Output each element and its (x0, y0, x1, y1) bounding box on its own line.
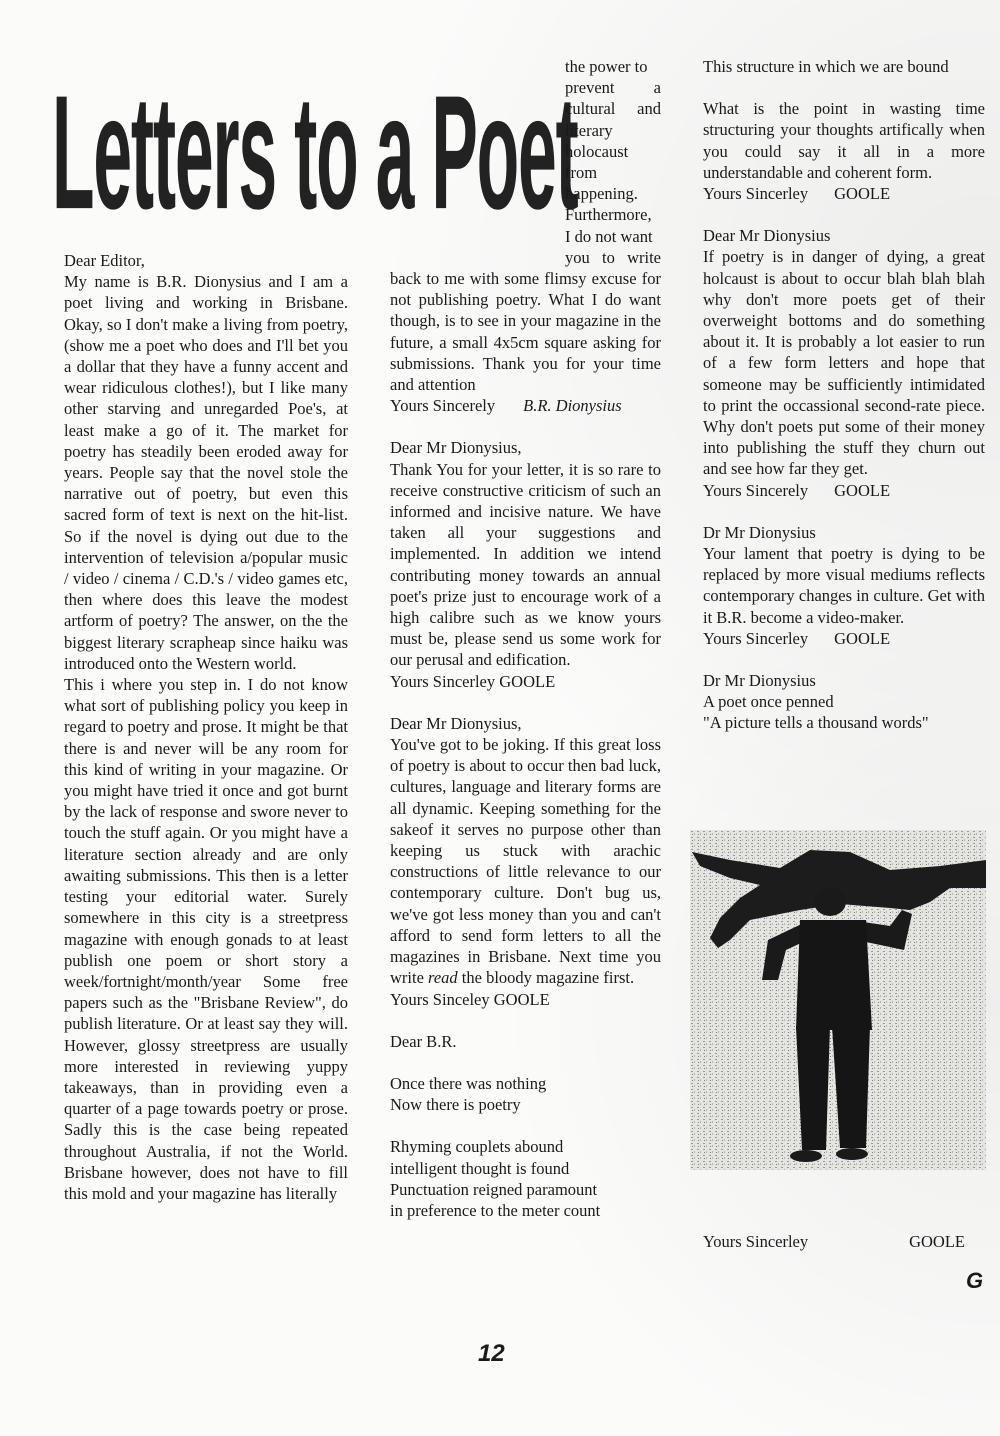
text-line: from (565, 162, 661, 183)
reply-body: Thank You for your letter, it is so rare… (390, 459, 661, 671)
letter-signoff: Yours Sincerely B.R. Dionysius (390, 395, 661, 416)
text-line: you to write (565, 247, 661, 268)
reply-salutation: Dear Mr Dionysius (703, 225, 985, 246)
text-line: Furthermore, (565, 204, 661, 225)
page-number: 12 (478, 1340, 505, 1368)
text-line: prevent a (565, 77, 661, 98)
text-line: cultural and (565, 98, 661, 119)
reply-signoff: Yours Sincerely GOOLE (703, 480, 985, 501)
reply-line: A poet once penned (703, 691, 985, 712)
column-3: This structure in which we are bound Wha… (703, 56, 985, 734)
reply-closing: Yours Sincerley (703, 628, 808, 649)
poem-line: Punctuation reigned paramount (390, 1179, 661, 1200)
final-signoff: Yours Sincerley GOOLE (703, 1232, 965, 1252)
reply-text: You've got to be joking. If this great l… (390, 735, 661, 987)
reply-signature: GOOLE (834, 628, 890, 649)
reply-body: You've got to be joking. If this great l… (390, 734, 661, 988)
poem-line: in preference to the meter count (390, 1200, 661, 1221)
reply-salutation: Dr Mr Dionysius (703, 522, 985, 543)
reply-signoff: Yours Sincerley GOOLE (703, 183, 985, 204)
column-1: Dear Editor, My name is B.R. Dionysius a… (64, 250, 348, 1204)
reply-body: If poetry is in danger of dying, a great… (703, 246, 985, 479)
end-mark-logo: G (966, 1268, 983, 1294)
text-line: I do not want (565, 226, 661, 247)
reply-closing: Yours Sincerely (703, 480, 808, 501)
article-title: Letters to a Poet (52, 38, 345, 268)
reply-closing: Yours Sinceley GOOLE (390, 989, 661, 1010)
text-line: holocaust (565, 141, 661, 162)
halftone-photo (690, 830, 986, 1170)
reply-signature: GOOLE (834, 480, 890, 501)
letter-paragraph: My name is B.R. Dionysius and I am a poe… (64, 271, 348, 674)
man-carrying-person-illustration (690, 830, 986, 1170)
reply-text: the bloody magazine first. (458, 968, 634, 987)
reply-closing: Yours Sincerley GOOLE (390, 671, 661, 692)
text-line: happening. (565, 183, 661, 204)
poem-line: intelligent thought is found (390, 1158, 661, 1179)
reply-line: "A picture tells a thousand words" (703, 712, 985, 733)
text-line: literary (565, 120, 661, 141)
emphasized-word: read (428, 968, 458, 987)
letter-signature: B.R. Dionysius (523, 395, 622, 416)
reply-salutation: Dear Mr Dionysius, (390, 713, 661, 734)
reply-salutation: Dear Mr Dionysius, (390, 437, 661, 458)
poem-line: Once there was nothing (390, 1073, 661, 1094)
letter-closing: Yours Sincerely (390, 395, 495, 416)
column-2-continuation: the power to prevent a cultural and lite… (565, 56, 661, 268)
column-2: back to me with some flimsy excuse for n… (390, 268, 661, 1221)
reply-salutation: Dr Mr Dionysius (703, 670, 985, 691)
reply-body: Your lament that poetry is dying to be r… (703, 543, 985, 628)
reply-closing: Yours Sincerley (703, 183, 808, 204)
reply-signature: GOOLE (909, 1232, 965, 1252)
letter-paragraph: This i where you step in. I do not know … (64, 674, 348, 1204)
reply-signature: GOOLE (834, 183, 890, 204)
poem-line: This structure in which we are bound (703, 56, 985, 77)
letter-continued-body: back to me with some flimsy excuse for n… (390, 268, 661, 395)
poem-line: Now there is poetry (390, 1094, 661, 1115)
text-line: the power to (565, 56, 661, 77)
reply-salutation: Dear B.R. (390, 1031, 661, 1052)
letter-salutation: Dear Editor, (64, 250, 348, 271)
poem-reply: Dear B.R. Once there was nothing Now the… (390, 1031, 661, 1221)
reply-closing: Yours Sincerley (703, 1232, 808, 1252)
reply-body: What is the point in wasting time struct… (703, 98, 985, 183)
poem-line: Rhyming couplets abound (390, 1136, 661, 1157)
reply-signoff: Yours Sincerley GOOLE (703, 628, 985, 649)
